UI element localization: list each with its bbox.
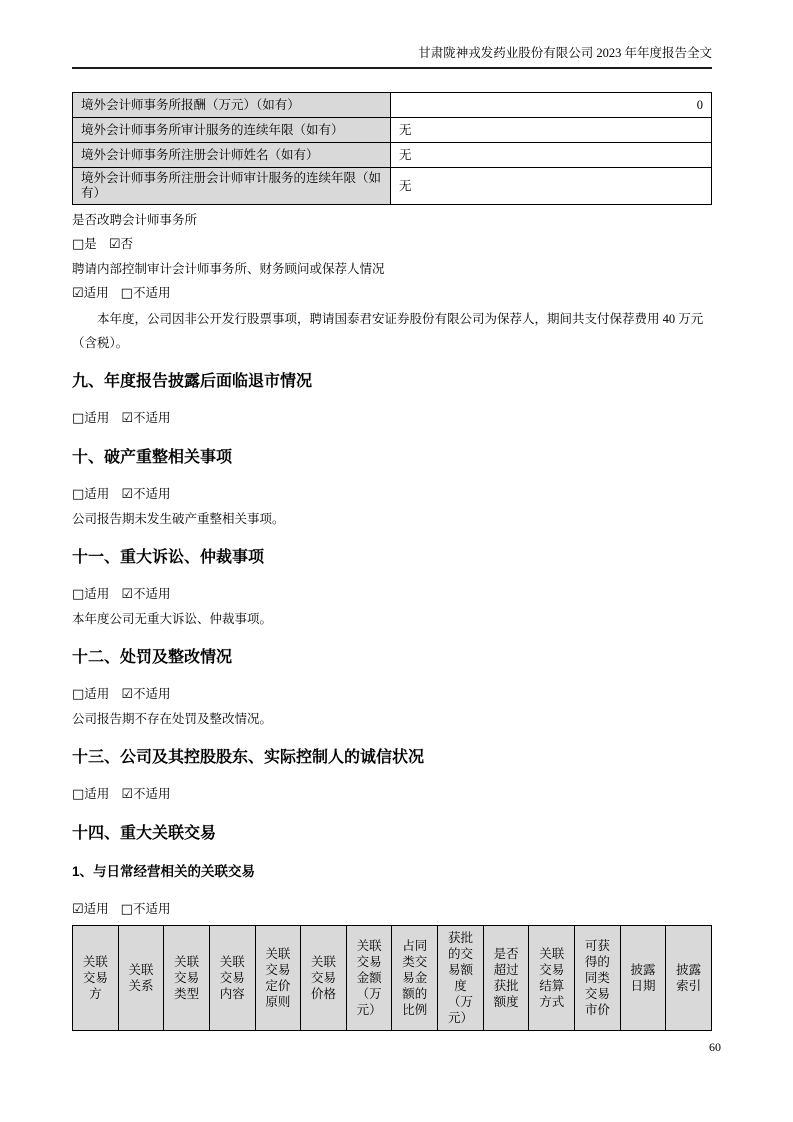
column-header: 披露日期 — [620, 926, 666, 1031]
option-applicable: □适用 — [72, 587, 109, 601]
option-applicable: ☑适用 — [72, 902, 109, 916]
checkbox-unchecked-icon: □ — [121, 902, 133, 917]
checkbox-unchecked-icon: □ — [72, 237, 84, 252]
row-label: 境外会计师事务所审计服务的连续年限（如有） — [73, 118, 391, 143]
report-page: 甘肃陇神戎发药业股份有限公司 2023 年年度报告全文 境外会计师事务所报酬（万… — [0, 0, 793, 1122]
option-not-applicable: ☑不适用 — [121, 587, 170, 601]
column-header: 披露索引 — [666, 926, 712, 1031]
option-applicable-label: 适用 — [84, 487, 109, 501]
column-header: 关联交易金额（万元） — [346, 926, 392, 1031]
subsection-title-daily-related-transactions: 1、与日常经营相关的关联交易 — [72, 862, 712, 881]
section-title-11: 十一、重大诉讼、仲裁事项 — [72, 547, 712, 568]
checkbox-checked-icon: ☑ — [121, 787, 133, 802]
section-12-note: 公司报告期不存在处罚及整改情况。 — [72, 707, 712, 731]
engagement-options: ☑适用□不适用 — [72, 281, 712, 306]
section-13-options: □适用☑不适用 — [72, 782, 712, 807]
column-header: 关联交易结算方式 — [529, 926, 575, 1031]
option-not-applicable: □不适用 — [121, 902, 171, 916]
section-12-options: □适用☑不适用 — [72, 682, 712, 707]
table-row: 境外会计师事务所审计服务的连续年限（如有） 无 — [73, 118, 712, 143]
option-not-applicable-label: 不适用 — [133, 687, 171, 701]
column-header: 关联交易方 — [73, 926, 119, 1031]
page-header: 甘肃陇神戎发药业股份有限公司 2023 年年度报告全文 — [72, 44, 712, 69]
row-value: 0 — [391, 93, 712, 118]
option-not-applicable-label: 不适用 — [133, 787, 171, 801]
reappointment-question: 是否改聘会计师事务所 — [72, 208, 712, 232]
overseas-auditor-table: 境外会计师事务所报酬（万元）（如有） 0 境外会计师事务所审计服务的连续年限（如… — [72, 92, 712, 205]
column-header: 可获得的同类交易市价 — [575, 926, 621, 1031]
option-applicable-label: 适用 — [84, 587, 109, 601]
option-applicable: ☑适用 — [72, 286, 109, 300]
section-title-13: 十三、公司及其控股股东、实际控制人的诚信状况 — [72, 747, 712, 768]
checkbox-unchecked-icon: □ — [72, 687, 84, 702]
section-title-14: 十四、重大关联交易 — [72, 823, 712, 844]
checkbox-unchecked-icon: □ — [72, 487, 84, 502]
report-title: 甘肃陇神戎发药业股份有限公司 2023 年年度报告全文 — [418, 46, 712, 60]
row-value: 无 — [391, 118, 712, 143]
checkbox-unchecked-icon: □ — [121, 286, 133, 301]
option-not-applicable-label: 不适用 — [133, 411, 171, 425]
column-header: 关联交易类型 — [164, 926, 210, 1031]
option-applicable: □适用 — [72, 487, 109, 501]
table-row: 境外会计师事务所注册会计师审计服务的连续年限（如有） 无 — [73, 168, 712, 205]
sponsor-paragraph: 本年度，公司因非公开发行股票事项，聘请国泰君安证券股份有限公司为保荐人，期间共支… — [72, 307, 712, 355]
option-not-applicable: ☑不适用 — [121, 411, 170, 425]
option-not-applicable: ☑不适用 — [121, 487, 170, 501]
column-header: 关联交易内容 — [209, 926, 255, 1031]
checkbox-checked-icon: ☑ — [72, 286, 84, 301]
row-value: 无 — [391, 143, 712, 168]
option-not-applicable: □不适用 — [121, 286, 171, 300]
checkbox-checked-icon: ☑ — [121, 487, 133, 502]
checkbox-checked-icon: ☑ — [109, 237, 121, 252]
column-header: 关联交易定价原则 — [255, 926, 301, 1031]
option-applicable: □适用 — [72, 687, 109, 701]
option-not-applicable: ☑不适用 — [121, 687, 170, 701]
checkbox-checked-icon: ☑ — [121, 411, 133, 426]
option-no: ☑否 — [109, 237, 133, 251]
checkbox-checked-icon: ☑ — [72, 902, 84, 917]
row-label: 境外会计师事务所报酬（万元）（如有） — [73, 93, 391, 118]
row-label: 境外会计师事务所注册会计师审计服务的连续年限（如有） — [73, 168, 391, 205]
engagement-title: 聘请内部控制审计会计师事务所、财务顾问或保荐人情况 — [72, 257, 712, 281]
related-transactions-options: ☑适用□不适用 — [72, 897, 712, 922]
column-header: 占同类交易金额的比例 — [392, 926, 438, 1031]
option-applicable-label: 适用 — [84, 902, 109, 916]
section-10-options: □适用☑不适用 — [72, 482, 712, 507]
column-header: 关联交易价格 — [301, 926, 347, 1031]
table-header-row: 关联交易方 关联关系 关联交易类型 关联交易内容 关联交易定价原则 关联交易价格… — [73, 926, 712, 1031]
related-transactions-table: 关联交易方 关联关系 关联交易类型 关联交易内容 关联交易定价原则 关联交易价格… — [72, 925, 712, 1031]
checkbox-unchecked-icon: □ — [72, 411, 84, 426]
option-yes: □是 — [72, 237, 97, 251]
table-row: 境外会计师事务所报酬（万元）（如有） 0 — [73, 93, 712, 118]
option-not-applicable-label: 不适用 — [133, 587, 171, 601]
section-10-note: 公司报告期未发生破产重整相关事项。 — [72, 507, 712, 531]
option-applicable-label: 适用 — [84, 411, 109, 425]
checkbox-checked-icon: ☑ — [121, 587, 133, 602]
row-label: 境外会计师事务所注册会计师姓名（如有） — [73, 143, 391, 168]
column-header: 是否超过获批额度 — [483, 926, 529, 1031]
option-no-label: 否 — [120, 237, 133, 251]
option-applicable-label: 适用 — [84, 787, 109, 801]
section-11-options: □适用☑不适用 — [72, 582, 712, 607]
option-not-applicable-label: 不适用 — [133, 902, 171, 916]
column-header: 获批的交易额度（万元） — [438, 926, 484, 1031]
option-not-applicable-label: 不适用 — [133, 487, 171, 501]
option-applicable: □适用 — [72, 411, 109, 425]
section-9-options: □适用☑不适用 — [72, 406, 712, 431]
option-yes-label: 是 — [84, 237, 97, 251]
checkbox-checked-icon: ☑ — [121, 687, 133, 702]
section-title-12: 十二、处罚及整改情况 — [72, 647, 712, 668]
section-11-note: 本年度公司无重大诉讼、仲裁事项。 — [72, 607, 712, 631]
option-applicable-label: 适用 — [84, 286, 109, 300]
page-number: 60 — [709, 1040, 721, 1054]
option-not-applicable: ☑不适用 — [121, 787, 170, 801]
column-header: 关联关系 — [118, 926, 164, 1031]
table-row: 境外会计师事务所注册会计师姓名（如有） 无 — [73, 143, 712, 168]
option-applicable-label: 适用 — [84, 687, 109, 701]
option-not-applicable-label: 不适用 — [133, 286, 171, 300]
reappointment-options: □是☑否 — [72, 232, 712, 257]
section-title-9: 九、年度报告披露后面临退市情况 — [72, 371, 712, 392]
section-title-10: 十、破产重整相关事项 — [72, 447, 712, 468]
checkbox-unchecked-icon: □ — [72, 587, 84, 602]
row-value: 无 — [391, 168, 712, 205]
checkbox-unchecked-icon: □ — [72, 787, 84, 802]
option-applicable: □适用 — [72, 787, 109, 801]
